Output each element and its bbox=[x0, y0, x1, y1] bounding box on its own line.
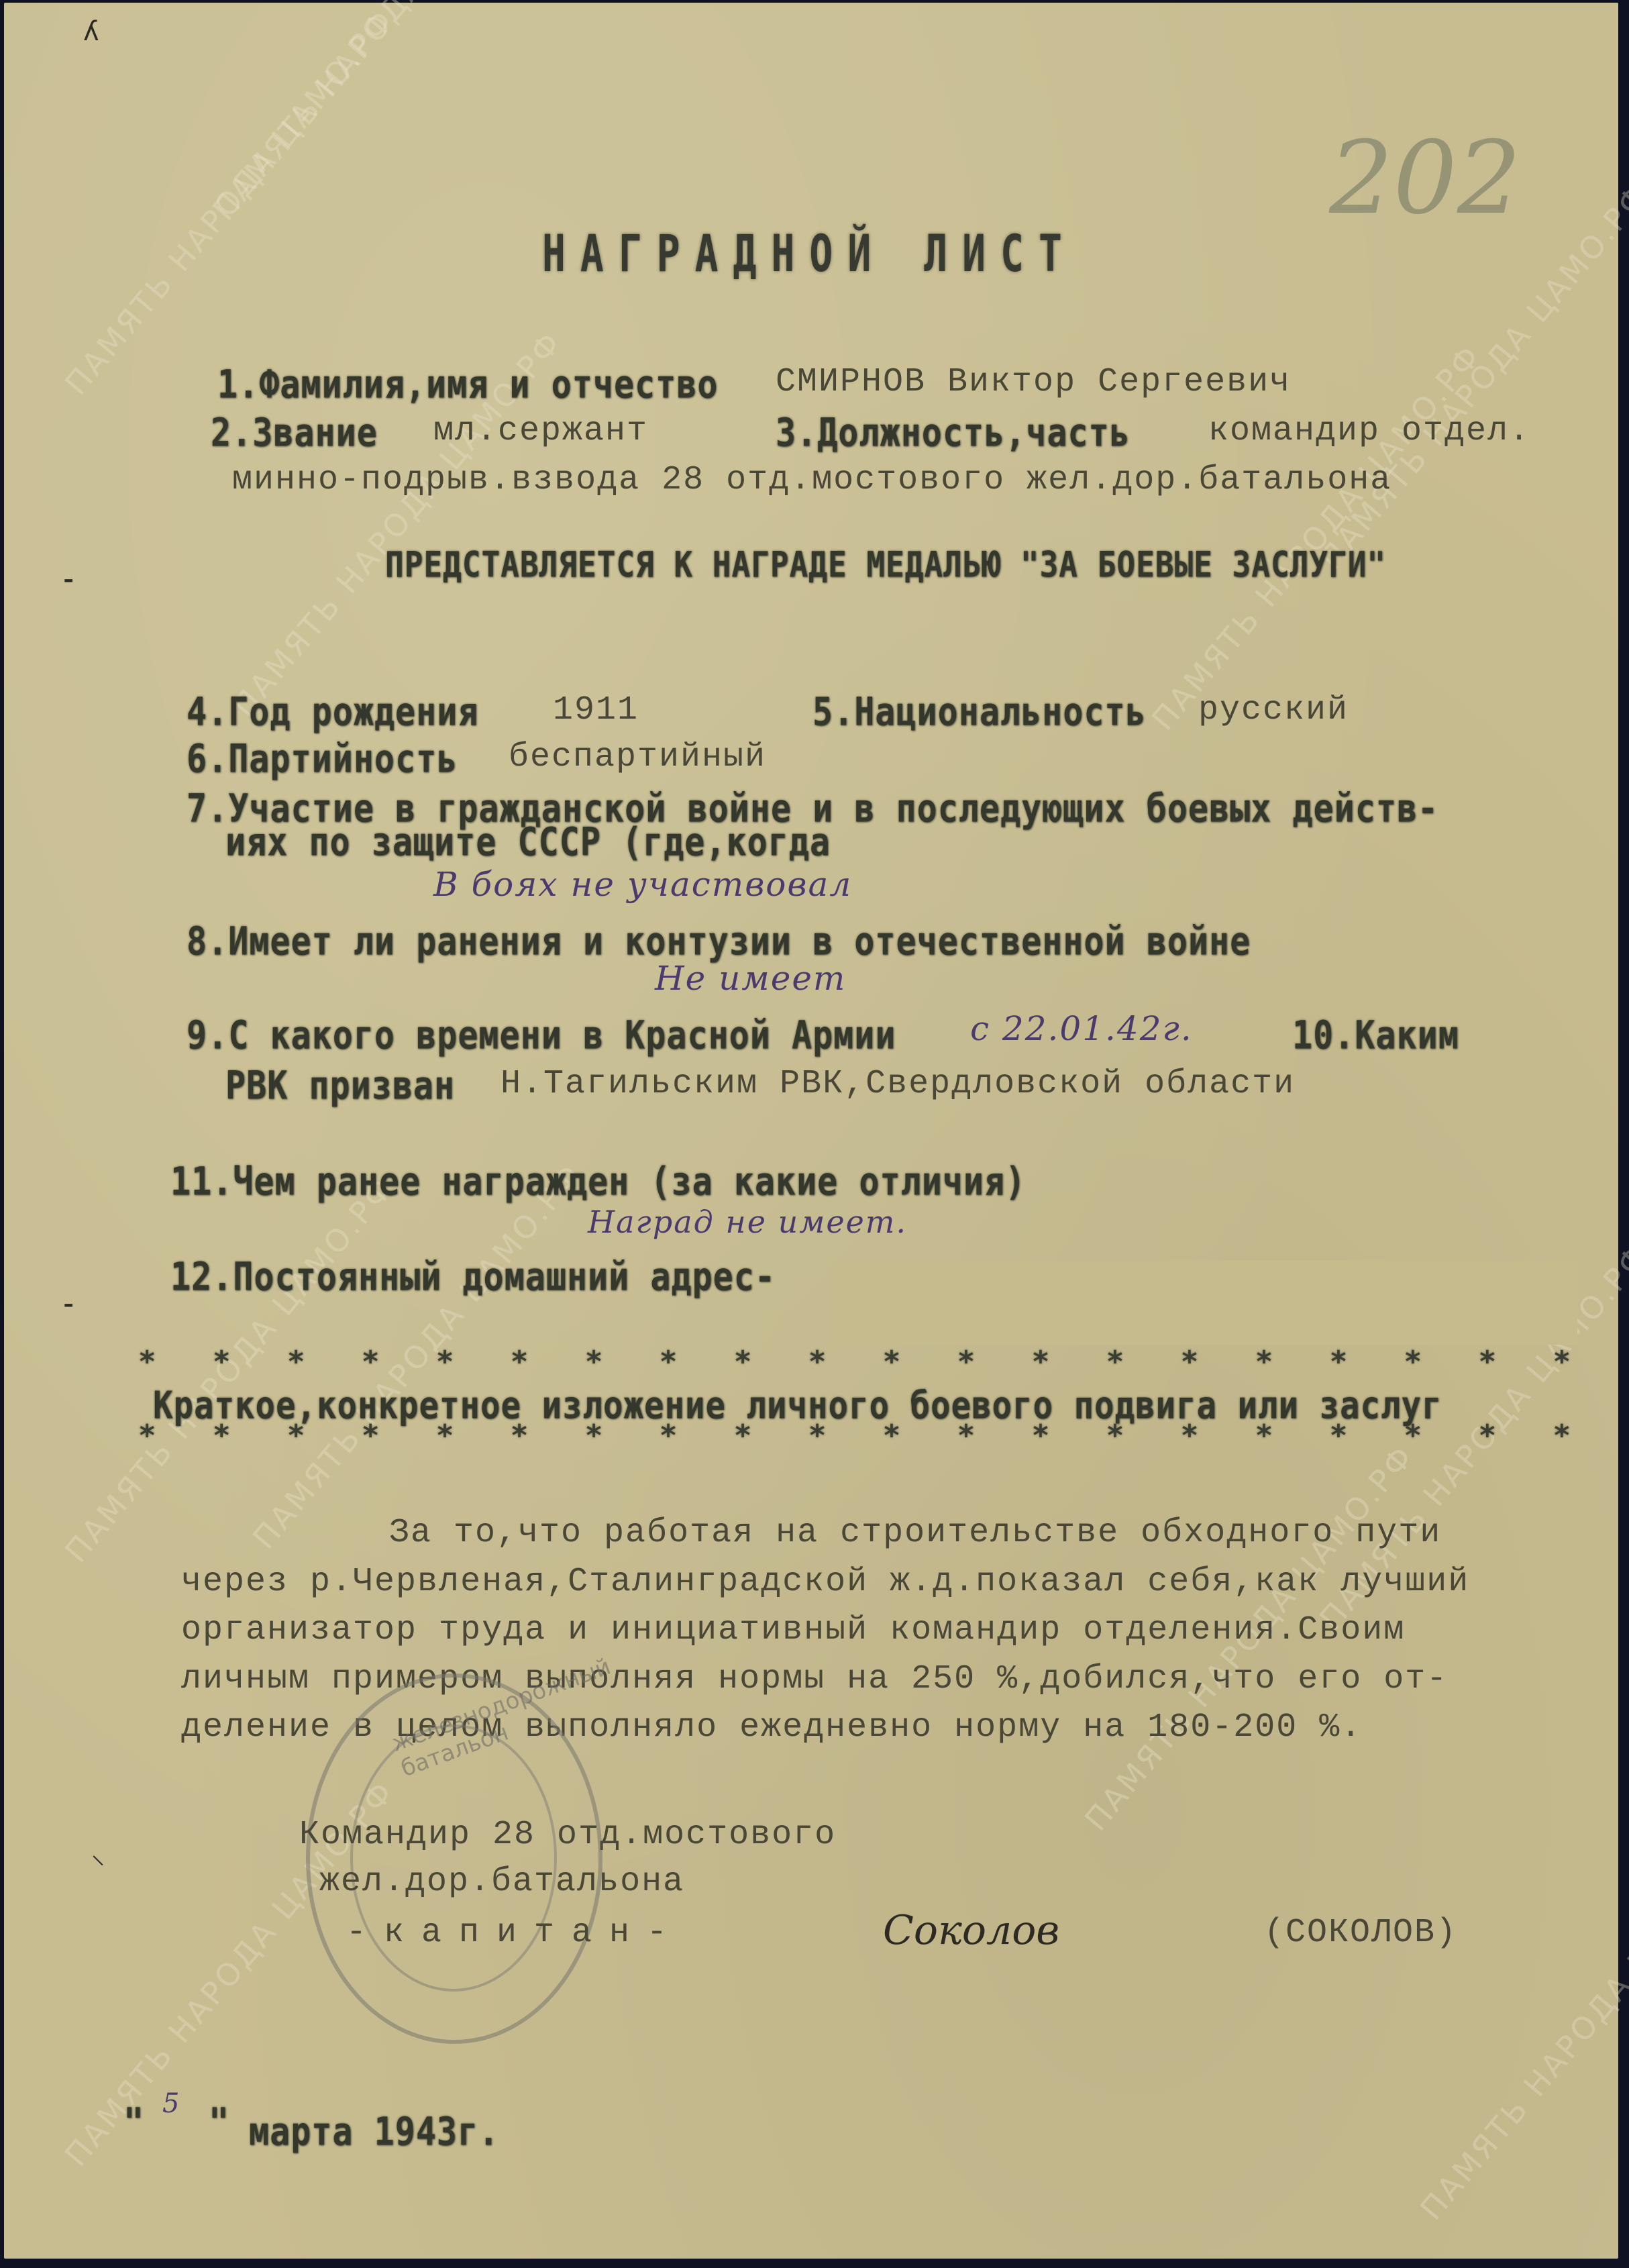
field-6-label: 6.Партийность bbox=[187, 737, 458, 782]
field-10-label-line2: РВК призван bbox=[225, 1064, 455, 1109]
field-12-label: 12.Постоянный домашний адрес- bbox=[170, 1255, 776, 1300]
body-line: За то,что работая на строительстве обход… bbox=[389, 1514, 1441, 1552]
field-4-label: 4.Год рождения bbox=[187, 690, 478, 735]
field-8-value: Не имеет bbox=[655, 959, 846, 998]
archive-number: 202 bbox=[1329, 120, 1521, 237]
field-10-label-line1: 10.Каким bbox=[1292, 1013, 1459, 1058]
award-sheet: ПАМЯТЬ НАРОДА ЦАМО.РФ ПАМЯТЬ НАРОДА ЦАМО… bbox=[4, 3, 1618, 2259]
margin-mark: ⸜ bbox=[91, 1835, 105, 1871]
signatory-line-2: жел.дор.батальона bbox=[319, 1863, 684, 1901]
date-day: 5 bbox=[162, 2088, 180, 2119]
field-3-label: 3.Должность,часть bbox=[776, 411, 1131, 456]
field-1-value: СМИРНОВ Виктор Сергеевич bbox=[776, 363, 1291, 401]
field-10-value: Н.Тагильским РВК,Свердловской области bbox=[501, 1065, 1295, 1103]
date-quote-open: " bbox=[123, 2100, 144, 2145]
field-9-label: 9.С какого времени в Красной Армии bbox=[187, 1013, 896, 1058]
field-9-value: с 22.01.42г. bbox=[970, 1009, 1193, 1048]
document-title: НАГРАДНОЙ ЛИСТ bbox=[542, 224, 1077, 283]
field-7-label-line2: иях по защите СССР (где,когда bbox=[225, 820, 831, 865]
nomination: ПРЕДСТАВЛЯЕТСЯ К НАГРАДЕ МЕДАЛЬЮ "ЗА БОЕ… bbox=[385, 544, 1386, 585]
signatory-rank: -капитан- bbox=[346, 1914, 684, 1952]
field-2-label: 2.Звание bbox=[211, 411, 378, 456]
separator-top: * * * * * * * * * * * * * * * * * * * * … bbox=[138, 1345, 1629, 1379]
field-7-value: В боях не участвовал bbox=[433, 865, 852, 904]
field-8-label: 8.Имеет ли ранения и контузии в отечеств… bbox=[187, 919, 1251, 964]
signatory-line-1: Командир 28 отд.мостового bbox=[299, 1816, 836, 1854]
margin-mark: ⁃ bbox=[62, 566, 75, 597]
field-5-value: русский bbox=[1198, 691, 1349, 729]
field-5-label: 5.Национальность bbox=[812, 690, 1147, 735]
signatory-name: (СОКОЛОВ) bbox=[1264, 1914, 1457, 1952]
margin-mark: ⁃ bbox=[62, 1291, 75, 1322]
redacted-address bbox=[833, 1261, 1577, 1345]
margin-mark: ʎ bbox=[83, 16, 99, 47]
date-rest: марта 1943г. bbox=[249, 2110, 499, 2155]
field-11-value: Наград не имеет. bbox=[588, 1204, 907, 1240]
field-3-value: командир отдел. bbox=[1208, 412, 1530, 450]
watermark: ПАМЯТЬ НАРОДА ЦАМО.РФ bbox=[1413, 1826, 1629, 2226]
watermark: ПАМЯТЬ НАРОДА ЦАМО.РФ bbox=[58, 1, 402, 401]
body-line: организатор труда и инициативный команди… bbox=[181, 1611, 1405, 1649]
official-stamp: железнодорожный батальон bbox=[306, 1673, 602, 2044]
body-line: личным примером выполняя нормы на 250 %,… bbox=[181, 1660, 1448, 1698]
body-line: через р.Червленая,Сталинградской ж.д.пок… bbox=[181, 1563, 1469, 1601]
field-2-value: мл.сержант bbox=[433, 412, 648, 450]
field-11-label: 11.Чем ранее награжден (за какие отличия… bbox=[170, 1159, 1026, 1204]
watermark: ПАМЯТЬ НАРОДА ЦАМО.РФ bbox=[205, 0, 549, 227]
date-quote-close: " bbox=[209, 2100, 229, 2145]
signature: Соколов bbox=[883, 1907, 1059, 1954]
field-3-value-cont: минно-подрыв.взвода 28 отд.мостового жел… bbox=[232, 461, 1391, 499]
separator-bottom: * * * * * * * * * * * * * * * * * * * * … bbox=[138, 1419, 1629, 1453]
field-1-label: 1.Фамилия,имя и отчество bbox=[217, 362, 718, 407]
field-4-value: 1911 bbox=[553, 691, 639, 729]
field-6-value: беспартийный bbox=[509, 738, 766, 776]
